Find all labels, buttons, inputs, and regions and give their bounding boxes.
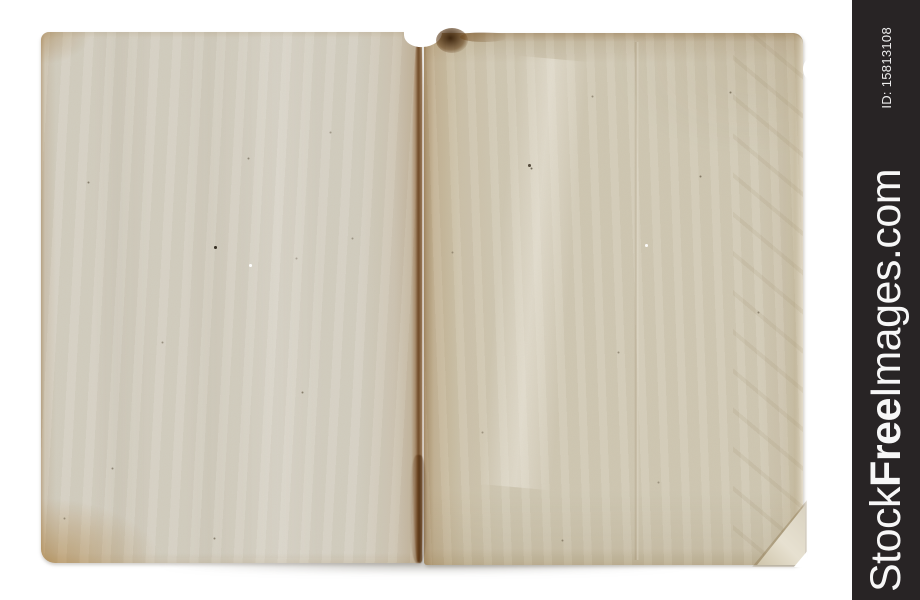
left-page-texture bbox=[41, 32, 422, 563]
paper-specks bbox=[0, 0, 1, 1]
photo-canvas: StockFreeImages.com ID: 15813108 bbox=[0, 0, 920, 600]
burn-streak bbox=[460, 32, 508, 42]
watermark-text-group: StockFreeImages.com ID: 15813108 bbox=[852, 0, 920, 600]
burn-spot bbox=[436, 28, 468, 53]
center-fold-crease-lower bbox=[410, 455, 427, 563]
brand-text: StockFreeImages.com bbox=[865, 169, 908, 592]
right-page-crease bbox=[634, 42, 639, 560]
right-page-edge-wrinkles bbox=[733, 34, 803, 564]
watermark-sidebar: StockFreeImages.com ID: 15813108 bbox=[852, 0, 920, 600]
photo-id-label: ID: 15813108 bbox=[879, 27, 894, 109]
edge-notch bbox=[803, 58, 819, 80]
brand-prefix: Stock bbox=[862, 487, 910, 592]
brand-free-bold: Free bbox=[862, 398, 910, 487]
brand-suffix: Images.com bbox=[862, 169, 910, 398]
